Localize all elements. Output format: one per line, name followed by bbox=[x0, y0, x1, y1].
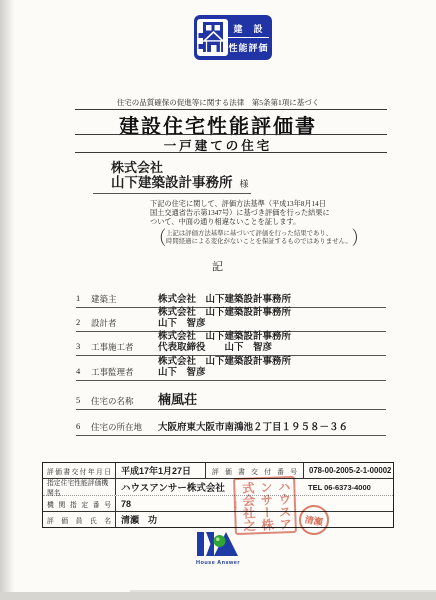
disclaimer-note: （ 上記は評価方法基準に基づいて評価を行った結果であり、 時間経過による変化がな… bbox=[151, 227, 367, 248]
company-seal-stamp: ハウスアンサー株式会社之印 bbox=[233, 476, 297, 535]
disclaimer-line: 上記は評価方法基準に基づいて評価を行った結果であり、 bbox=[166, 230, 352, 238]
addressee-company-name: 山下建築設計事務所様 bbox=[111, 175, 249, 192]
party-row-contractor: 3工事施工者 株式会社 山下建築設計事務所 代表取締役 山下 智彦 bbox=[76, 332, 386, 356]
issue-no-value: 078-00-2005-2-1-00002 bbox=[304, 463, 396, 478]
issue-no-label: 評価書交付番号 bbox=[212, 466, 297, 476]
row-value: 大阪府東大阪市南鴻池２丁目１９５８－３６ bbox=[158, 423, 386, 434]
divider bbox=[75, 152, 387, 153]
party-row-supervisor: 4工事監理者 株式会社 山下建築設計事務所 山下 智彦 bbox=[76, 356, 386, 381]
badge-line1: 建 設 bbox=[228, 19, 269, 37]
row-number: 4 bbox=[76, 366, 91, 378]
table-row-evaluator: 評価員氏名 清瀬 功 bbox=[43, 512, 393, 527]
scan-left-edge bbox=[0, 0, 15, 600]
row-value: 山下 智彦 bbox=[158, 319, 386, 330]
row-label: 設計者 bbox=[91, 317, 117, 329]
statement-line: 下記の住宅に関して、評価方法基準（平成13年8月14日 bbox=[150, 200, 360, 209]
row-value: 株式会社 山下建築設計事務所 bbox=[158, 308, 386, 319]
row-value: 株式会社 山下建築設計事務所 bbox=[158, 332, 386, 343]
row-number: 5 bbox=[76, 395, 91, 407]
row-number: 6 bbox=[76, 421, 91, 433]
row-label: 工事監理者 bbox=[91, 366, 134, 378]
disclaimer-line: 時間経過による変化がないことを保証するものではありません。 bbox=[166, 238, 352, 246]
divider bbox=[75, 134, 387, 135]
party-row-house-address: 6住宅の所在地 大阪府東大阪市南鴻池２丁目１９５８－３６ bbox=[76, 413, 386, 436]
row-label: 住宅の所在地 bbox=[91, 421, 142, 433]
row-value: 楠風荘 bbox=[158, 393, 386, 407]
table-row-organization: 指定住宅性能評価機関名 ハウスアンサー株式会社 TEL 06-6373-4000 bbox=[43, 479, 393, 496]
certificate-page: 建 設 性能評価 住宅の品質確保の促進等に関する法律 第5条第1項に基づく 建設… bbox=[0, 0, 436, 600]
row-label: 工事施工者 bbox=[91, 341, 134, 353]
row-value: 株式会社 山下建築設計事務所 bbox=[158, 357, 386, 368]
row-value: 代表取締役 山下 智彦 bbox=[158, 343, 386, 354]
record-mark: 記 bbox=[0, 258, 436, 274]
table-row-org-number: 機関指定番号 78 bbox=[43, 496, 393, 512]
org-name-value: ハウスアンサー株式会社 bbox=[116, 480, 225, 494]
honorific-sama: 様 bbox=[240, 179, 249, 189]
org-label: 指定住宅性能評価機関名 bbox=[47, 477, 111, 497]
party-row-designer: 2設計者 株式会社 山下建築設計事務所 山下 智彦 bbox=[76, 308, 386, 332]
statement-line: 国土交通省告示第1347号）に基づき評価を行った結果に bbox=[150, 209, 360, 218]
row-value: 山下 智彦 bbox=[158, 368, 386, 379]
badge-text: 建 設 性能評価 bbox=[228, 19, 269, 56]
row-number: 3 bbox=[76, 341, 91, 353]
addressee-company-prefix: 株式会社 bbox=[111, 160, 249, 175]
row-value: 株式会社 山下建築設計事務所 bbox=[158, 295, 386, 306]
parties-list: 1建築主 株式会社 山下建築設計事務所 2設計者 株式会社 山下建築設計事務所 … bbox=[76, 290, 386, 436]
paren-open: （ bbox=[151, 224, 166, 250]
certificate-info-table: 評価書交付年月日 平成17年1月27日 評価書交付番号 078-00-2005-… bbox=[42, 462, 394, 528]
org-no-value: 78 bbox=[116, 496, 136, 511]
disclaimer-lines: 上記は評価方法基準に基づいて評価を行った結果であり、 時間経過による変化がないこ… bbox=[166, 230, 352, 246]
logo-wordmark: House Answer bbox=[196, 560, 240, 566]
row-label: 建築主 bbox=[91, 293, 117, 305]
building-house-icon bbox=[197, 19, 228, 56]
law-reference-line: 住宅の品質確保の促進等に関する法律 第5条第1項に基づく bbox=[0, 97, 436, 108]
party-row-house-name: 5住宅の名称 楠風荘 bbox=[76, 384, 386, 410]
row-label: 住宅の名称 bbox=[91, 395, 134, 407]
row-number: 2 bbox=[76, 317, 91, 329]
badge-line2: 性能評価 bbox=[228, 37, 269, 56]
addressee-block: 株式会社 山下建築設計事務所様 bbox=[111, 160, 249, 192]
scan-bottom-edge bbox=[0, 592, 436, 600]
ha-monogram-icon bbox=[197, 532, 239, 559]
row-number: 1 bbox=[76, 293, 91, 305]
org-no-label: 機関指定番号 bbox=[47, 499, 111, 509]
org-tel-value: TEL 06-6373-4000 bbox=[308, 483, 371, 492]
issue-date-label: 評価書交付年月日 bbox=[47, 466, 111, 476]
house-answer-logo: House Answer bbox=[0, 532, 436, 566]
statement-line: ついて、中面の通り相違ないことを証します。 bbox=[150, 218, 360, 227]
evaluator-label: 評価員氏名 bbox=[47, 515, 111, 525]
evaluator-value: 清瀬 功 bbox=[116, 512, 162, 527]
addressee-underline bbox=[93, 193, 251, 194]
construction-performance-badge: 建 設 性能評価 bbox=[194, 15, 272, 60]
certification-statement: 下記の住宅に関して、評価方法基準（平成13年8月14日 国土交通省告示第1347… bbox=[150, 200, 360, 227]
issue-date-value: 平成17年1月27日 bbox=[116, 463, 206, 478]
party-row-builder: 1建築主 株式会社 山下建築設計事務所 bbox=[76, 290, 386, 308]
paren-close: ） bbox=[352, 224, 367, 250]
